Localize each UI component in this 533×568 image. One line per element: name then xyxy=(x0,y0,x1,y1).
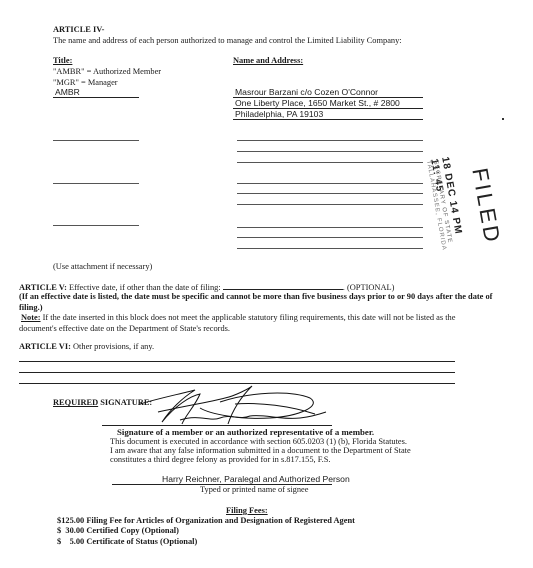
legend-ambr: "AMBR" = Authorized Member xyxy=(53,67,161,76)
entry-2-address2-line[interactable] xyxy=(237,162,423,163)
article-vi-line-2[interactable] xyxy=(19,372,455,373)
filed-stamp: FILED xyxy=(466,166,505,247)
entry-3-address2-line[interactable] xyxy=(237,204,423,205)
entry-2-name-line[interactable] xyxy=(237,140,423,141)
fee-label: Certified Copy (Optional) xyxy=(86,526,179,535)
fee-amount: $ 30.00 xyxy=(57,526,84,535)
article-iv-heading: ARTICLE IV- xyxy=(53,25,104,34)
article-v-optional: . (OPTIONAL) xyxy=(343,283,395,292)
entry-1-name[interactable]: Masrour Barzani c/o Cozen O'Connor xyxy=(235,87,378,97)
typed-signee-name[interactable]: Harry Reichner, Paralegal and Authorized… xyxy=(162,474,350,484)
article-v-warning: (If an effective date is listed, the dat… xyxy=(19,292,499,313)
scan-speck xyxy=(502,118,504,120)
fee-item-1: $125.00 Filing Fee for Articles of Organ… xyxy=(57,516,355,525)
entry-1-title-line xyxy=(53,97,139,98)
article-vi-heading: ARTICLE VI: xyxy=(19,342,71,351)
note-label: Note: xyxy=(21,313,41,322)
article-v-label: Effective date, if other than the date o… xyxy=(69,283,221,292)
false-info-statement-2: constitutes a third degree felony as pro… xyxy=(110,455,331,464)
legend-mgr: "MGR" = Manager xyxy=(53,78,118,87)
entry-4-address2-line[interactable] xyxy=(237,248,423,249)
article-v-note: Note: If the date inserted in this block… xyxy=(19,313,489,334)
typed-name-caption: Typed or printed name of signee xyxy=(200,485,309,494)
article-iv-intro: The name and address of each person auth… xyxy=(53,36,402,45)
entry-4-title-line[interactable] xyxy=(53,225,139,226)
fee-label: Filing Fee for Articles of Organization … xyxy=(86,516,355,525)
fee-amount: $ 5.00 xyxy=(57,537,84,546)
fee-item-2: $ 30.00 Certified Copy (Optional) xyxy=(57,526,179,535)
attachment-note: (Use attachment if necessary) xyxy=(53,262,152,271)
entry-1-address2-line xyxy=(233,119,423,120)
entry-1-address2[interactable]: Philadelphia, PA 19103 xyxy=(235,109,323,119)
fee-item-3: $ 5.00 Certificate of Status (Optional) xyxy=(57,537,197,546)
signature-line[interactable] xyxy=(102,425,332,426)
note-text: If the date inserted in this block does … xyxy=(19,313,455,333)
execution-statement: This document is executed in accordance … xyxy=(110,437,407,446)
entry-3-title-line[interactable] xyxy=(53,183,139,184)
entry-3-name-line[interactable] xyxy=(237,183,423,184)
article-v-heading: ARTICLE V: xyxy=(19,283,67,292)
entry-4-name-line[interactable] xyxy=(237,227,423,228)
fee-label: Certificate of Status (Optional) xyxy=(86,537,197,546)
entry-4-address1-line[interactable] xyxy=(237,237,423,238)
name-address-column-header: Name and Address: xyxy=(233,56,303,65)
false-info-statement-1: I am aware that any false information su… xyxy=(110,446,411,455)
article-vi-line: ARTICLE VI: Other provisions, if any. xyxy=(19,342,154,351)
article-vi-line-1[interactable] xyxy=(19,361,455,362)
entry-2-address1-line[interactable] xyxy=(237,151,423,152)
article-vi-label: Other provisions, if any. xyxy=(73,342,154,351)
handwritten-signature xyxy=(140,384,330,430)
entry-3-address1-line[interactable] xyxy=(237,193,423,194)
effective-date-field[interactable] xyxy=(223,281,343,290)
article-v-line: ARTICLE V: Effective date, if other than… xyxy=(19,281,394,292)
title-column-header: Title: xyxy=(53,56,72,65)
filing-fees-heading: Filing Fees: xyxy=(226,506,268,515)
signature-caption: Signature of a member or an authorized r… xyxy=(117,427,374,437)
required-label: REQUIRED xyxy=(53,398,98,407)
entry-2-title-line[interactable] xyxy=(53,140,139,141)
fee-amount: $125.00 xyxy=(57,516,84,525)
entry-1-address1[interactable]: One Liberty Place, 1650 Market St., # 28… xyxy=(235,98,400,108)
entry-1-title[interactable]: AMBR xyxy=(55,87,80,97)
required-signature-label: REQUIRED SIGNATURE: xyxy=(53,398,152,407)
